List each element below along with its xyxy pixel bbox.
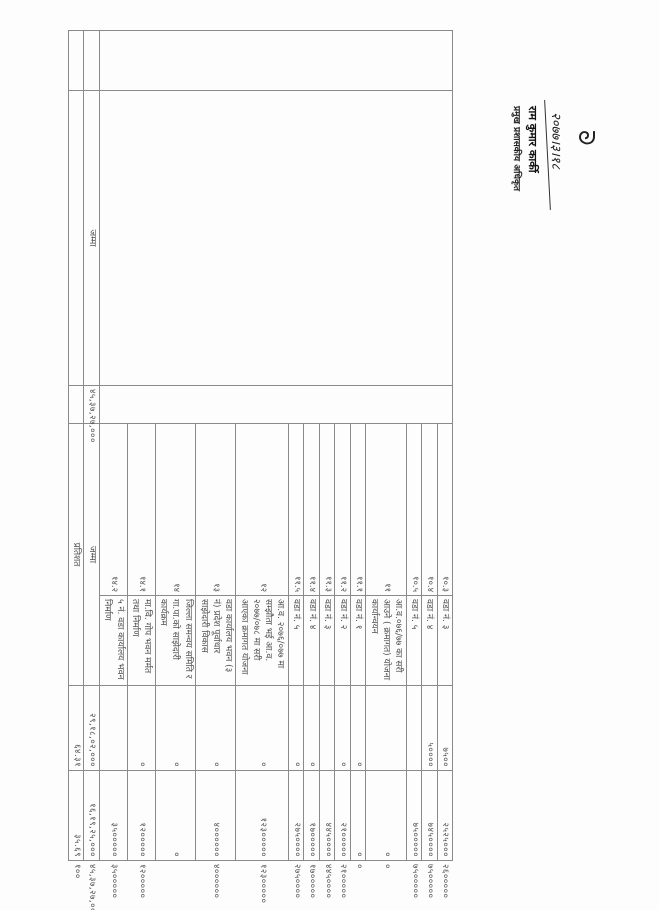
row-description: वडा कार्यालय भवन (३ नं) प्रदेश पूर्वाधार… <box>196 596 236 686</box>
row-col1 <box>366 686 406 771</box>
table-row: १०.३वडा नं. ३७५००२५२५०००२६००००० <box>437 31 452 861</box>
row-col1: ० <box>304 686 319 771</box>
totals-col1: २९,१८,०२,००० <box>84 686 99 771</box>
row-code: ११.२ <box>335 424 350 596</box>
row-code: १३ <box>196 424 236 596</box>
row-col1: ० <box>155 686 195 771</box>
row-col1 <box>319 686 334 771</box>
row-col2: ० <box>350 771 365 861</box>
row-col1: ५०००० <box>422 686 437 771</box>
row-col2: १२३००००० <box>236 771 289 861</box>
row-col2: २५२५००० <box>437 771 452 861</box>
row-code: ११.५ <box>288 424 303 596</box>
row-description: वडा नं. ४ <box>304 596 319 686</box>
totals-col2: १६,१९,२५,००० <box>84 771 99 861</box>
row-col2: २७५०००० <box>288 771 303 861</box>
row-description: वडा नं. ५ <box>288 596 303 686</box>
percent-col1: ६४.३१ <box>69 686 85 771</box>
row-col2: ४०००००० <box>196 771 236 861</box>
row-code: १०.५ <box>406 424 421 596</box>
budget-table: १०.३वडा नं. ३७५००२५२५०००२६०००००१०.४वडा न… <box>68 30 453 861</box>
left-desc-cell <box>99 91 452 386</box>
row-code: १०.३ <box>437 424 452 596</box>
row-col1: ० <box>236 686 289 771</box>
row-description: वडा नं. ३ <box>319 596 334 686</box>
row-code: १२ <box>236 424 289 596</box>
row-description: ५ नं. वडा कार्यालय भवन निर्माण <box>99 596 127 686</box>
row-description: वडा नं. ३ <box>437 596 452 686</box>
row-col1: ० <box>196 686 236 771</box>
row-col2: १७००००० <box>304 771 319 861</box>
row-description: वडा नं. २ <box>335 596 350 686</box>
row-code: १४ <box>155 424 195 596</box>
totals-label: जम्मा <box>84 424 99 686</box>
rotated-page: १०.३वडा नं. ३७५००२५२५०००२६०००००१०.४वडा न… <box>68 30 453 860</box>
row-col1: ० <box>335 686 350 771</box>
row-col1: ० <box>127 686 155 771</box>
row-col2: १२००००० <box>127 771 155 861</box>
percent-label: प्रतिशत <box>69 424 85 686</box>
row-description: मा.वि. गोप भवन मर्मत तथा निर्माण <box>127 596 155 686</box>
row-description: वडा नं. १ <box>350 596 365 686</box>
row-col2: ० <box>155 771 195 861</box>
row-col2: २१००००० <box>335 771 350 861</box>
signature-stamp: ᘐ २०७७।३।१८ राम कुमार कार्की प्रमुख प्रश… <box>478 100 598 250</box>
row-col1 <box>406 686 421 771</box>
row-col1: ० <box>288 686 303 771</box>
row-col2: ४४५०००० <box>319 771 334 861</box>
row-code: १४.२ <box>99 424 127 596</box>
row-code: ११.४ <box>304 424 319 596</box>
row-code: ११.१ <box>350 424 365 596</box>
row-col2: ७४५०००० <box>422 771 437 861</box>
percent-col2: ३५.६९ <box>69 771 85 861</box>
row-description: जिल्ला समन्वय समिति र गा.पा.को साझेदारी … <box>155 596 195 686</box>
left-total-label: जम्मा <box>84 91 99 386</box>
signatory-title: प्रमुख प्रशासकीय अधिकृत <box>511 106 524 191</box>
row-col2: ७५००००० <box>406 771 421 861</box>
row-col1: ७५०० <box>437 686 452 771</box>
row-code: १०.४ <box>422 424 437 596</box>
row-col2: ० <box>366 771 406 861</box>
row-description: आ.व. २०७६/०७७ मा सम्झौता भई आ.व. २०७७/०७… <box>236 596 289 686</box>
totals-blank <box>84 31 99 91</box>
row-col2: ३५००००० <box>99 771 127 861</box>
row-code: १४.१ <box>127 424 155 596</box>
left-total-value: ४५,३७,२७,००० <box>84 386 99 424</box>
row-col1 <box>99 686 127 771</box>
percent-row: प्रतिशत६४.३१३५.६९१०० <box>69 31 85 861</box>
left-blank-cell <box>99 31 452 91</box>
row-description: वडा नं. ४ <box>422 596 437 686</box>
row-description: वडा नं. ५ <box>406 596 421 686</box>
totals-row: जम्मा४५,३७,२७,०००जम्मा२९,१८,०२,०००१६,१९,… <box>84 31 99 861</box>
signature-scribble: ᘐ <box>573 130 598 146</box>
percent-blank-amt <box>69 386 85 424</box>
signature-date: २०७७।३।१८ <box>548 112 566 169</box>
percent-blank <box>69 31 85 91</box>
percent-blank-desc <box>69 91 85 386</box>
row-code: ११ <box>366 424 406 596</box>
left-amount-cell <box>99 386 452 424</box>
row-description: आ.व.०७६/७७ का सरी आउने ( क्रमागत) योजना … <box>366 596 406 686</box>
row-col1: ० <box>350 686 365 771</box>
signatory-name: राम कुमार कार्की <box>525 106 540 173</box>
row-code: ११.३ <box>319 424 334 596</box>
